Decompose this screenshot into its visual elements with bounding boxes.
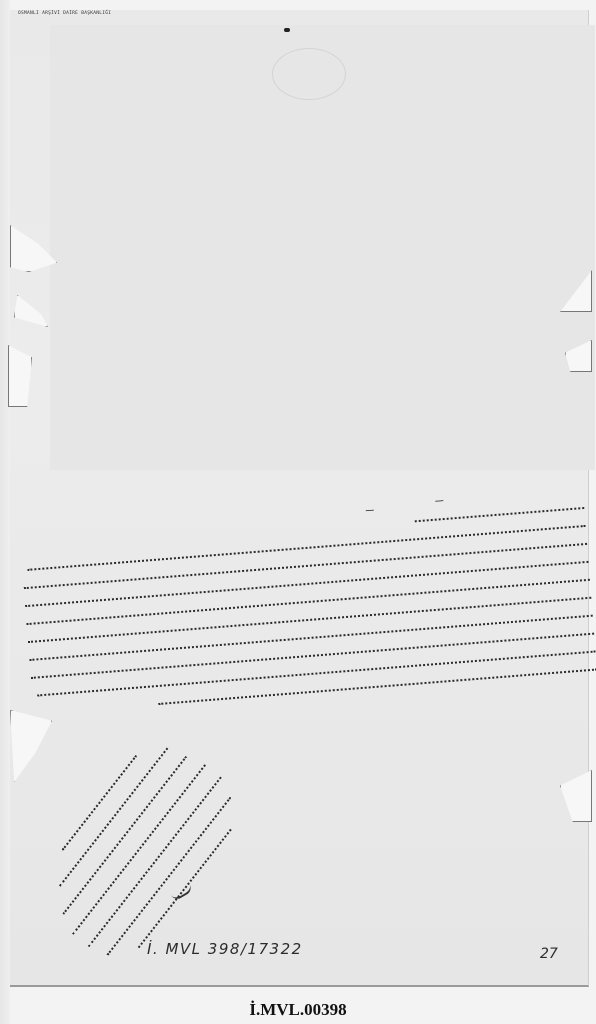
fond-label: İ.MVL.00398 (0, 1000, 596, 1020)
heading-word-2: ـــ (365, 504, 374, 515)
ink-mark (284, 28, 290, 32)
faint-seal-impression (272, 48, 346, 100)
scan-left-edge (0, 0, 10, 1024)
heading-word-1: ـــ (435, 494, 444, 505)
handwritten-reference: İ. MVL 398/17322 (147, 940, 303, 958)
page-number: 27 (540, 946, 558, 962)
archive-header-stamp: OSMANLI ARŞİVİ DAİRE BAŞKANLIĞI (18, 11, 111, 16)
